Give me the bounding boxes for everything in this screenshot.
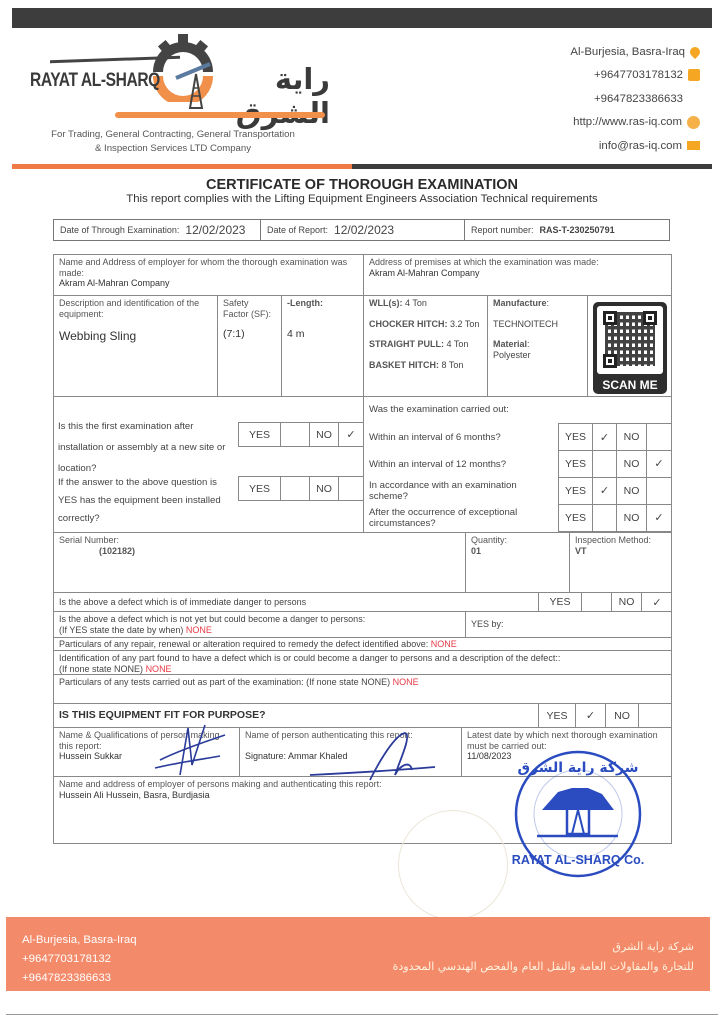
contact-address: Al-Burjesia, Basra-Iraq <box>570 40 700 64</box>
company-stamp: شركة راية الشرق RAYAT AL-SHARQ Co. <box>512 748 644 880</box>
interval-yesno: YESNO✓ <box>558 450 672 478</box>
globe-icon <box>687 116 700 129</box>
footer-arabic-name: شركة راية الشرق للتجارة والمقاولات العام… <box>393 937 694 977</box>
certificate-subtitle: This report complies with the Lifting Eq… <box>0 193 724 205</box>
qr-code[interactable]: SCAN ME <box>593 302 667 394</box>
signature-hussein-sukkar <box>150 720 230 780</box>
length-cell: -Length: 4 m <box>281 295 364 397</box>
interval-yesno: YESNO✓ <box>558 504 672 532</box>
interval-question-text: Within an interval of 6 months? <box>369 425 549 449</box>
footer-divider <box>6 1014 718 1015</box>
interval-no-checkbox[interactable]: ✓ <box>647 450 671 477</box>
inspection-method-cell: Inspection Method: VT <box>569 532 672 593</box>
installed-no-checkbox[interactable] <box>339 477 363 500</box>
first-exam-yesno: YES NO ✓ <box>238 422 364 447</box>
question-first-exam: Is this the first examination after inst… <box>58 416 238 479</box>
wll-cell: WLL(s): 4 Ton CHOCKER HITCH: 3.2 Ton STR… <box>363 295 488 397</box>
company-name-ar: راية الشرق <box>210 62 330 130</box>
equipment-description-cell: Description and identification of the eq… <box>53 295 218 397</box>
footer-contacts: Al-Burjesia, Basra-Iraq +9647703178132 +… <box>22 931 137 988</box>
interval-no-checkbox[interactable] <box>647 477 671 504</box>
future-danger-cell: Is the above a defect which is not yet b… <box>53 611 466 638</box>
fit-yesno: YES ✓ NO <box>538 703 672 728</box>
contact-list: Al-Burjesia, Basra-Iraq +9647703178132 +… <box>570 40 700 158</box>
interval-no-checkbox[interactable]: ✓ <box>647 504 671 531</box>
interval-yesno: YES✓NO <box>558 423 672 451</box>
company-tagline: For Trading, General Contracting, Genera… <box>28 128 318 156</box>
interval-yesno: YES✓NO <box>558 477 672 505</box>
yes-by-cell: YES by: <box>465 611 672 638</box>
immediate-no-checkbox[interactable]: ✓ <box>642 592 672 612</box>
repair-particulars-row: Particulars of any repair, renewal or al… <box>53 637 672 651</box>
company-name-en: RAYAT AL-SHARQ <box>30 70 160 92</box>
manufacture-cell: Manufacture: TECHNOITECH Material: Polye… <box>487 295 588 397</box>
fit-yes-checkbox[interactable]: ✓ <box>576 703 606 728</box>
safety-factor-cell: Safety Factor (SF): (7:1) <box>217 295 282 397</box>
header-divider-accent <box>12 164 352 169</box>
mail-icon <box>687 141 700 150</box>
interval-question-text: After the occurrence of exceptional circ… <box>369 506 549 530</box>
installed-correctly-yesno: YES NO <box>238 476 364 501</box>
phone-icon <box>688 69 700 81</box>
svg-text:RAYAT AL-SHARQ Co.: RAYAT AL-SHARQ Co. <box>512 853 644 867</box>
tests-particulars-row: Particulars of any tests carried out as … <box>53 674 672 704</box>
contact-phone-2[interactable]: +9647823386633 <box>570 87 700 111</box>
report-date-cell: Date of Report:12/02/2023 <box>261 220 465 240</box>
footer-bar: Al-Burjesia, Basra-Iraq +9647703178132 +… <box>6 917 710 991</box>
interval-no-checkbox[interactable] <box>647 424 671 450</box>
interval-question-text: In accordance with an examination scheme… <box>369 479 549 503</box>
certificate-title: CERTIFICATE OF THOROUGH EXAMINATION <box>0 177 724 193</box>
fit-no-checkbox[interactable] <box>639 703 672 728</box>
signature-ammar-khaled <box>300 725 440 785</box>
logo-accent-bar <box>115 112 325 118</box>
contact-website[interactable]: http://www.ras-iq.com <box>570 111 700 135</box>
exam-date-cell: Date of Through Examination:12/02/2023 <box>54 220 261 240</box>
faded-stamp <box>398 810 508 920</box>
header-top-bar <box>12 8 712 28</box>
installed-yes-checkbox[interactable] <box>281 477 310 500</box>
location-pin-icon <box>688 45 702 59</box>
interval-question-text: Within an interval of 12 months? <box>369 452 549 476</box>
interval-yes-checkbox[interactable]: ✓ <box>593 424 617 450</box>
immediate-yes-checkbox[interactable] <box>582 592 612 612</box>
report-number-cell: Report number:RAS-T-230250791 <box>465 220 669 240</box>
quantity-cell: Quantity: 01 <box>465 532 570 593</box>
contact-email[interactable]: info@ras-iq.com <box>570 134 700 158</box>
serial-number-cell: Serial Number: (102182) <box>53 532 466 593</box>
contact-phone-1[interactable]: +9647703178132 <box>570 64 700 88</box>
premises-cell: Address of premises at which the examina… <box>363 254 672 296</box>
scan-me-label: SCAN ME <box>593 378 667 392</box>
first-exam-no-checkbox[interactable]: ✓ <box>339 423 363 446</box>
interval-yes-checkbox[interactable] <box>593 504 617 531</box>
svg-text:شركة راية الشرق: شركة راية الشرق <box>518 760 639 776</box>
question-installed-correctly: If the answer to the above question is Y… <box>58 474 238 528</box>
date-bar: Date of Through Examination:12/02/2023 D… <box>53 219 670 241</box>
immediate-danger-yesno: YES NO ✓ <box>538 592 672 612</box>
interval-yes-checkbox[interactable] <box>593 450 617 477</box>
interval-yes-checkbox[interactable]: ✓ <box>593 477 617 504</box>
employer-cell: Name and Address of employer for whom th… <box>53 254 364 296</box>
defect-identification-row: Identification of any part found to have… <box>53 650 672 675</box>
first-exam-yes-checkbox[interactable] <box>281 423 310 446</box>
